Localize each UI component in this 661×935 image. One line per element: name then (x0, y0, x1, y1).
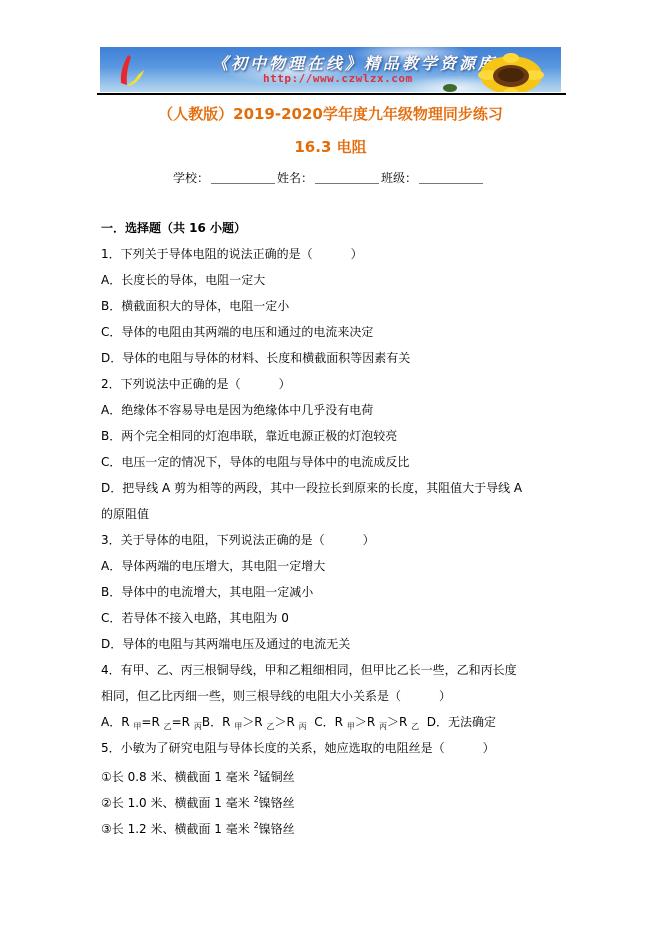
question-2-option-a: A．绝缘体不容易导电是因为绝缘体中几乎没有电荷 (101, 402, 373, 418)
question-4-option-b: B．R 甲＞R 乙＞R 丙 (202, 715, 307, 729)
question-4-stem-continued: 相同，但乙比丙细一些，则三根导线的电阻大小关系是（） (101, 688, 451, 704)
question-1-stem: 1．下列关于导体电阻的说法正确的是（） (101, 246, 363, 262)
document-title: （人教版）2019-2020学年度九年级物理同步练习 (0, 103, 661, 124)
question-text: 小敏为了研究电阻与导体长度的关系，她应选取的电阻丝是（ (121, 741, 445, 755)
school-blank[interactable] (211, 183, 275, 184)
question-text: 下列说法中正确的是（ (121, 377, 241, 391)
banner-divider (97, 93, 566, 95)
student-info-line: 学校： 姓名： 班级： (173, 170, 485, 186)
banner-url: http://www.czwlzx.com (263, 72, 413, 85)
header-banner: 《初中物理在线》精品教学资源库 http://www.czwlzx.com (100, 47, 561, 92)
question-2-option-d: D．把导线 A 剪为相等的两段，其中一段拉长到原来的长度，其阻值大于导线 A (101, 480, 522, 496)
question-2-option-c: C．电压一定的情况下，导体的电阻与导体中的电流成反比 (101, 454, 409, 470)
question-2-option-b: B．两个完全相同的灯泡串联，靠近电源正极的灯泡较亮 (101, 428, 397, 444)
question-4-option-a: A．R 甲=R 乙=R 丙 (101, 715, 202, 729)
question-5-item-1: ①长 0.8 米、横截面 1 毫米 2锰铜丝 (101, 766, 295, 785)
question-5-item-3: ③长 1.2 米、横截面 1 毫米 2镍铬丝 (101, 818, 295, 837)
school-label: 学校： (173, 169, 209, 186)
class-blank[interactable] (419, 183, 483, 184)
question-3-option-c: C．若导体不接入电路，其电阻为 0 (101, 610, 289, 626)
question-number: 1． (101, 247, 121, 261)
question-1-option-b: B．横截面积大的导体，电阻一定小 (101, 298, 289, 314)
question-number: 4． (101, 663, 121, 677)
question-2-stem: 2．下列说法中正确的是（） (101, 376, 291, 392)
question-1-option-d: D．导体的电阻与导体的材料、长度和横截面积等因素有关 (101, 350, 410, 366)
question-5-item-2: ②长 1.0 米、横截面 1 毫米 2镍铬丝 (101, 792, 295, 811)
question-3-option-a: A．导体两端的电压增大，其电阻一定增大 (101, 558, 325, 574)
question-number: 5． (101, 741, 121, 755)
question-3-option-d: D．导体的电阻与其两端电压及通过的电流无关 (101, 636, 350, 652)
question-text: 关于导体的电阻，下列说法正确的是（ (121, 533, 325, 547)
leaf-icon (442, 81, 458, 92)
question-text: 下列关于导体电阻的说法正确的是（ (121, 247, 313, 261)
question-4-options: A．R 甲=R 乙=R 丙B．R 甲＞R 乙＞R 丙 C．R 甲＞R 丙＞R 乙… (101, 714, 496, 735)
site-logo-icon (114, 53, 150, 89)
class-label: 班级： (381, 169, 417, 186)
question-3-stem: 3．关于导体的电阻，下列说法正确的是（） (101, 532, 375, 548)
section-heading: 一．选择题（共 16 小题） (101, 220, 246, 236)
question-1-option-c: C．导体的电阻由其两端的电压和通过的电流来决定 (101, 324, 373, 340)
question-2-option-d-continued: 的原阻值 (101, 506, 149, 522)
banner-title: 《初中物理在线》精品教学资源库 (212, 51, 497, 74)
question-3-option-b: B．导体中的电流增大，其电阻一定减小 (101, 584, 313, 600)
question-text: 有甲、乙、丙三根铜导线，甲和乙粗细相同，但甲比乙长一些，乙和丙长度 (121, 663, 517, 677)
question-4-option-d: D．无法确定 (427, 715, 496, 729)
document-subtitle: 16.3 电阻 (0, 136, 661, 157)
question-4-stem: 4．有甲、乙、丙三根铜导线，甲和乙粗细相同，但甲比乙长一些，乙和丙长度 (101, 662, 517, 678)
document-page: 《初中物理在线》精品教学资源库 http://www.czwlzx.com （人… (0, 0, 661, 935)
name-blank[interactable] (315, 183, 379, 184)
question-4-option-c: C．R 甲＞R 丙＞R 乙 (314, 715, 419, 729)
question-number: 2． (101, 377, 121, 391)
sunflower-icon (478, 53, 544, 92)
name-label: 姓名： (277, 169, 313, 186)
question-5-stem: 5．小敏为了研究电阻与导体长度的关系，她应选取的电阻丝是（） (101, 740, 495, 756)
question-1-option-a: A．长度长的导体，电阻一定大 (101, 272, 265, 288)
question-number: 3． (101, 533, 121, 547)
